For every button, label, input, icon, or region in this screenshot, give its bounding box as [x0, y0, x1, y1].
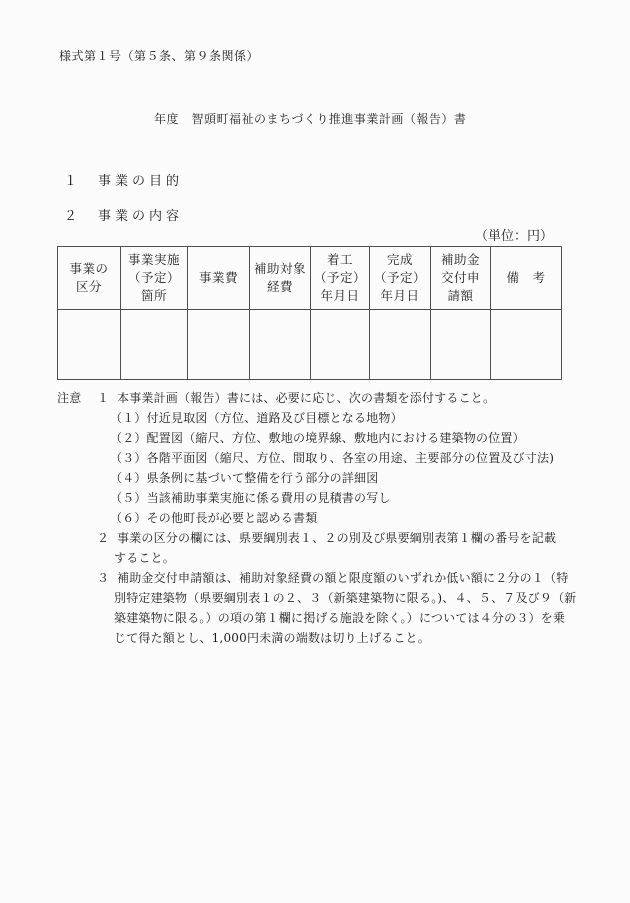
cell-subsidy-target-cost: [250, 310, 311, 380]
col-header-subsidy-target-cost: 補助対象 経費: [250, 247, 311, 310]
note-line-1: 注意 １ 本事業計画（報告）書には、必要に応じ、次の書類を添付すること。: [57, 388, 573, 408]
section-heading-purpose: １ 事業の目的: [64, 170, 183, 189]
note-3-text-continued-3: じて得た額とし、1,000円未満の端数は切り上げること。: [57, 628, 573, 648]
document-title: 年度 智頭町福祉のまちづくり推進事業計画（報告）書: [154, 110, 466, 127]
notes-section: 注意 １ 本事業計画（報告）書には、必要に応じ、次の書類を添付すること。 （１）…: [57, 388, 573, 648]
note-line-3: ３ 補助金交付申請額は、補助対象経費の額と限度額のいずれか低い額に２分の１（特: [57, 568, 573, 588]
note-line-2: ２ 事業の区分の欄には、県要綱別表１、２の別及び県要綱別表第１欄の番号を記載: [57, 528, 573, 548]
form-number: 様式第１号（第５条、第９条関係）: [59, 47, 259, 64]
note-3-number: ３: [97, 568, 109, 588]
col-header-subsidy-application-amount: 補助金 交付申 請額: [431, 247, 491, 310]
cell-completion-date: [370, 310, 431, 380]
col-header-implementation-site: 事業実施 （予定） 箇所: [121, 247, 188, 310]
table-row: [58, 310, 562, 380]
col-header-completion-date: 完成 （予定） 年月日: [370, 247, 431, 310]
attachment-item-4: （４）県条例に基づいて整備を行う部分の詳細図: [57, 468, 573, 488]
notes-marker: 注意: [57, 388, 81, 408]
note-1-number: １: [97, 388, 109, 408]
note-3-text-continued-2: 築建築物に限る。）の項の第１欄に掲げる施設を除く。）については４分の３）を乗: [57, 608, 573, 628]
note-2-text-continued: すること。: [57, 548, 573, 568]
cell-remarks: [491, 310, 562, 380]
note-3-text: 補助金交付申請額は、補助対象経費の額と限度額のいずれか低い額に２分の１（特: [117, 568, 568, 588]
col-header-project-cost: 事業費: [188, 247, 250, 310]
attachment-item-2: （２）配置図（縮尺、方位、敷地の境界線、敷地内における建築物の位置）: [57, 428, 573, 448]
cell-business-category: [58, 310, 121, 380]
attachment-item-6: （６）その他町長が必要と認める書類: [57, 508, 573, 528]
cell-project-cost: [188, 310, 250, 380]
note-3-text-continued-1: 別特定建築物（県要綱別表１の２、３（新築建築物に限る。)、４、５、７及び９（新: [57, 588, 573, 608]
col-header-start-date: 着工 （予定） 年月日: [311, 247, 370, 310]
attachment-item-1: （１）付近見取図（方位、道路及び目標となる地物）: [57, 408, 573, 428]
col-header-remarks: 備 考: [491, 247, 562, 310]
document-page: 様式第１号（第５条、第９条関係） 年度 智頭町福祉のまちづくり推進事業計画（報告…: [0, 0, 630, 903]
section-heading-content: ２ 事業の内容: [64, 205, 183, 224]
cell-implementation-site: [121, 310, 188, 380]
unit-label: （単位：円）: [475, 225, 553, 244]
business-plan-table: 事業の 区分 事業実施 （予定） 箇所 事業費 補助対象 経費 着工 （予定） …: [57, 246, 562, 380]
attachment-item-3: （３）各階平面図（縮尺、方位、間取り、各室の用途、主要部分の位置及び寸法): [57, 448, 573, 468]
note-1-text: 本事業計画（報告）書には、必要に応じ、次の書類を添付すること。: [117, 388, 495, 408]
note-2-number: ２: [97, 528, 109, 548]
cell-subsidy-application-amount: [431, 310, 491, 380]
cell-start-date: [311, 310, 370, 380]
attachment-item-5: （５）当該補助事業実施に係る費用の見積書の写し: [57, 488, 573, 508]
note-2-text: 事業の区分の欄には、県要綱別表１、２の別及び県要綱別表第１欄の番号を記載: [117, 528, 556, 548]
col-header-business-category: 事業の 区分: [58, 247, 121, 310]
table-header-row: 事業の 区分 事業実施 （予定） 箇所 事業費 補助対象 経費 着工 （予定） …: [58, 247, 562, 310]
